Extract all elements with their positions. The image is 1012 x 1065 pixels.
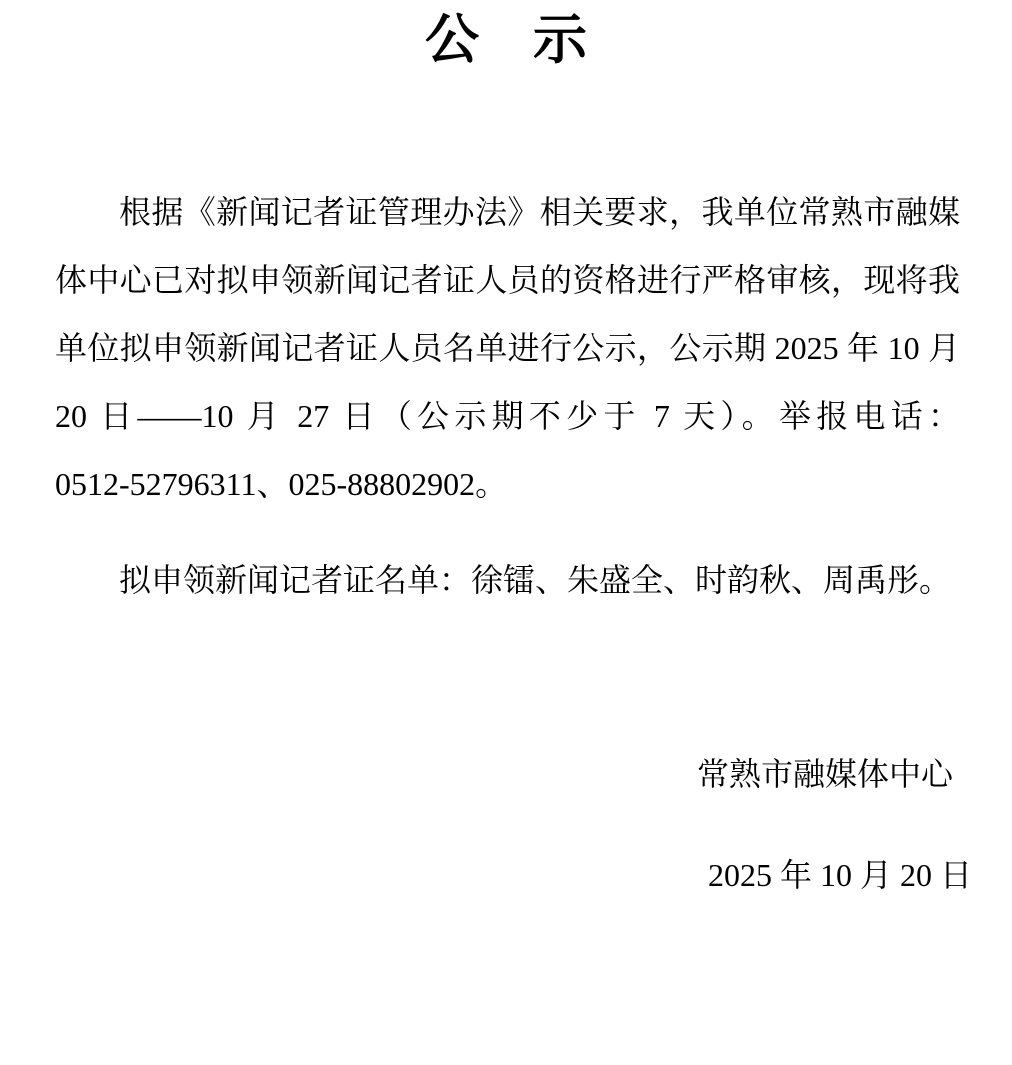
paragraph-line-4: 20 日——10 月 27 日（公示期不少于 7 天）。举报电话： bbox=[55, 382, 960, 450]
body-paragraph-announcement: 根据《新闻记者证管理办法》相关要求，我单位常熟市融媒 体中心已对拟申领新闻记者证… bbox=[55, 178, 960, 518]
signature-organization: 常熟市融媒体中心 bbox=[697, 740, 953, 808]
document-title: 公 示 bbox=[0, 8, 1012, 72]
paragraph-line-5-phone-numbers: 0512-52796311、025-88802902。 bbox=[55, 450, 960, 518]
paragraph-line-2: 体中心已对拟申领新闻记者证人员的资格进行严格审核，现将我 bbox=[55, 246, 960, 314]
paragraph-line-3: 单位拟申领新闻记者证人员名单进行公示，公示期 2025 年 10 月 bbox=[55, 314, 960, 382]
signature-date: 2025 年 10 月 20 日 bbox=[708, 841, 972, 909]
public-notice-document: 公 示 根据《新闻记者证管理办法》相关要求，我单位常熟市融媒 体中心已对拟申领新… bbox=[0, 0, 1012, 1065]
body-paragraph-name-list: 拟申领新闻记者证名单：徐镭、朱盛全、时韵秋、周禹彤。 bbox=[55, 546, 960, 614]
paragraph-line-1: 根据《新闻记者证管理办法》相关要求，我单位常熟市融媒 bbox=[55, 178, 960, 246]
